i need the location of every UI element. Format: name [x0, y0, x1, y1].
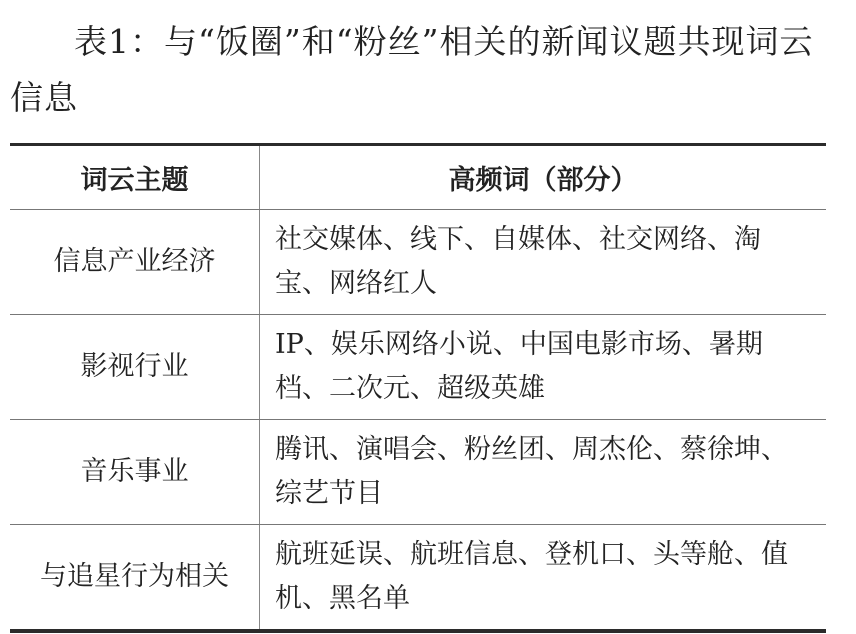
table-row: 音乐事业 腾讯、演唱会、粉丝团、周杰伦、蔡徐坤、综艺节目: [10, 420, 826, 525]
table-header-row: 词云主题 高频词（部分）: [10, 145, 826, 210]
table-caption: 表1：与“饭圈”和“粉丝”相关的新闻议题共现词云信息: [10, 14, 840, 126]
table-row: 影视行业 IP、娱乐网络小说、中国电影市场、暑期档、二次元、超级英雄: [10, 315, 826, 420]
header-words: 高频词（部分）: [260, 145, 827, 210]
topic-cell: 信息产业经济: [10, 210, 260, 315]
word-cloud-table: 词云主题 高频词（部分） 信息产业经济 社交媒体、线下、自媒体、社交网络、淘宝、…: [10, 143, 826, 633]
words-cell: IP、娱乐网络小说、中国电影市场、暑期档、二次元、超级英雄: [260, 315, 827, 420]
words-cell: 社交媒体、线下、自媒体、社交网络、淘宝、网络红人: [260, 210, 827, 315]
table-row: 与追星行为相关 航班延误、航班信息、登机口、头等舱、值机、黑名单: [10, 525, 826, 632]
topic-cell: 音乐事业: [10, 420, 260, 525]
words-cell: 航班延误、航班信息、登机口、头等舱、值机、黑名单: [260, 525, 827, 632]
topic-cell: 与追星行为相关: [10, 525, 260, 632]
header-topic: 词云主题: [10, 145, 260, 210]
topic-cell: 影视行业: [10, 315, 260, 420]
words-cell: 腾讯、演唱会、粉丝团、周杰伦、蔡徐坤、综艺节目: [260, 420, 827, 525]
table-row: 信息产业经济 社交媒体、线下、自媒体、社交网络、淘宝、网络红人: [10, 210, 826, 315]
